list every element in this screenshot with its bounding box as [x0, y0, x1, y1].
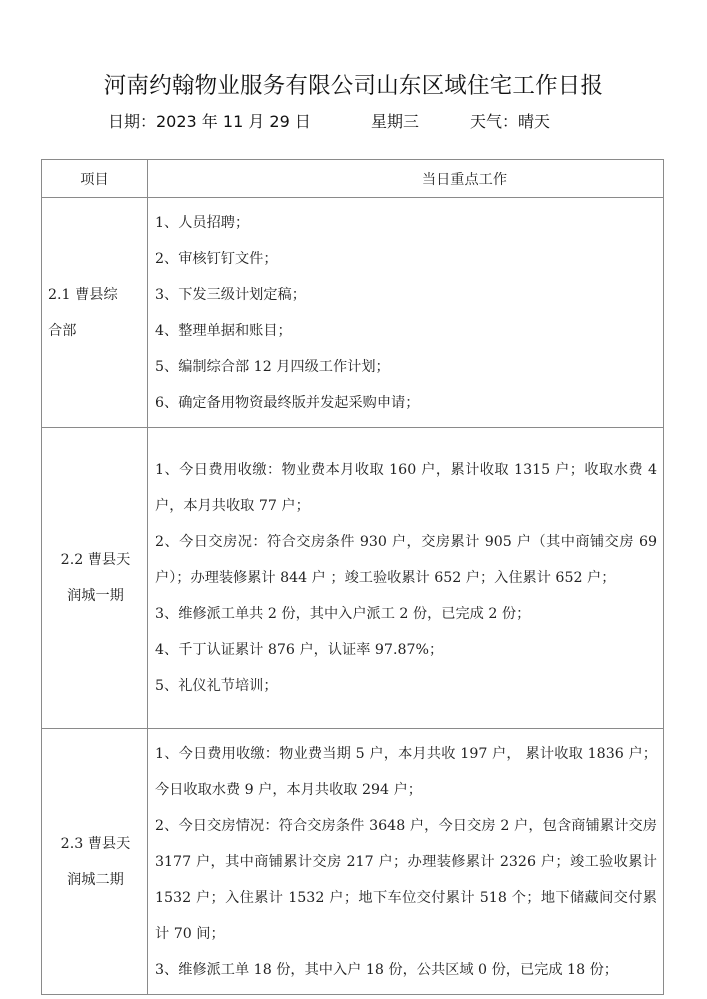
project-name-line: 2.3 曹县天: [48, 826, 143, 862]
work-item: 5、编制综合部 12 月四级工作计划；: [155, 349, 657, 385]
work-item: 4、整理单据和账目；: [155, 313, 657, 349]
work-item: 3、维修派工单共 2 份，其中入户派工 2 份，已完成 2 份；: [155, 596, 657, 632]
project-name-line: 2.1 曹县综: [48, 277, 143, 313]
project-name-line: 2.2 曹县天: [48, 542, 143, 578]
report-weekday: 星期三: [371, 109, 419, 132]
report-title: 河南约翰物业服务有限公司山东区域住宅工作日报: [0, 68, 707, 100]
table-row: 2.1 曹县综 合部 1、人员招聘； 2、审核钉钉文件； 3、下发三级计划定稿；…: [42, 198, 664, 428]
work-item: 1、今日费用收缴：物业费当期 5 户，本月共收 197 户， 累计收取 1836…: [155, 736, 657, 808]
project-name-line: 合部: [48, 313, 143, 349]
work-item: 4、千丁认证累计 876 户，认证率 97.87%；: [155, 632, 657, 668]
work-item: 2、审核钉钉文件；: [155, 241, 657, 277]
project-name-line: 润城二期: [48, 862, 143, 898]
work-item: 2、今日交房况：符合交房条件 930 户，交房累计 905 户（其中商铺交房 6…: [155, 524, 657, 596]
work-item: 6、确定备用物资最终版并发起采购申请；: [155, 385, 657, 421]
project-name-line: 润城一期: [48, 578, 143, 614]
work-item: 3、维修派工单 18 份，其中入户 18 份，公共区域 0 份，已完成 18 份…: [155, 952, 657, 988]
work-cell: 1、今日费用收缴：物业费当期 5 户，本月共收 197 户， 累计收取 1836…: [148, 729, 664, 995]
work-item: 5、礼仪礼节培训；: [155, 668, 657, 704]
daily-work-table: 项目 当日重点工作 2.1 曹县综 合部 1、人员招聘； 2、审核钉钉文件； 3…: [41, 159, 664, 995]
report-date: 日期：2023 年 11 月 29 日: [108, 109, 311, 132]
header-key-work: 当日重点工作: [148, 160, 664, 198]
work-cell: 1、人员招聘； 2、审核钉钉文件； 3、下发三级计划定稿； 4、整理单据和账目；…: [148, 198, 664, 428]
project-cell: 2.3 曹县天 润城二期: [42, 729, 148, 995]
table-row: 2.2 曹县天 润城一期 1、今日费用收缴：物业费本月收取 160 户，累计收取…: [42, 428, 664, 729]
work-item: 1、今日费用收缴：物业费本月收取 160 户，累计收取 1315 户；收取水费 …: [155, 452, 657, 524]
work-cell: 1、今日费用收缴：物业费本月收取 160 户，累计收取 1315 户；收取水费 …: [148, 428, 664, 729]
report-weather: 天气：晴天: [470, 109, 550, 132]
project-cell: 2.1 曹县综 合部: [42, 198, 148, 428]
table-row: 2.3 曹县天 润城二期 1、今日费用收缴：物业费当期 5 户，本月共收 197…: [42, 729, 664, 995]
work-item: 3、下发三级计划定稿；: [155, 277, 657, 313]
table-header-row: 项目 当日重点工作: [42, 160, 664, 198]
work-item: 2、今日交房情况：符合交房条件 3648 户，今日交房 2 户，包含商铺累计交房…: [155, 808, 657, 952]
project-cell: 2.2 曹县天 润城一期: [42, 428, 148, 729]
header-project: 项目: [42, 160, 148, 198]
work-item: 1、人员招聘；: [155, 205, 657, 241]
